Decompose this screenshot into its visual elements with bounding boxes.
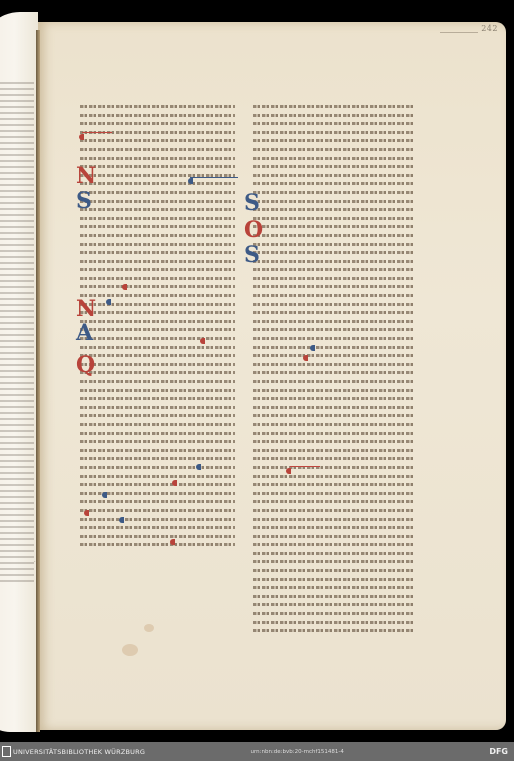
script-line (80, 282, 235, 291)
decorated-initial: O (244, 219, 263, 241)
script-line (253, 394, 413, 403)
decorated-initial: S (244, 244, 260, 266)
script-line (80, 119, 235, 128)
script-line (253, 300, 413, 309)
script-line (253, 197, 413, 206)
script-line (80, 437, 235, 446)
script-line (80, 300, 235, 309)
script-line (80, 515, 235, 524)
rubric-line (82, 132, 112, 133)
script-line (80, 523, 235, 532)
folio-page: 242 … NSNAQSOS (38, 22, 506, 730)
script-line (80, 188, 235, 197)
script-line (80, 214, 235, 223)
decorated-initial: A (76, 322, 93, 344)
script-line (253, 437, 413, 446)
script-line (253, 343, 413, 352)
facing-page-edge (0, 12, 38, 732)
script-line (80, 111, 235, 120)
script-line (253, 368, 413, 377)
decorated-initial: Q (76, 354, 95, 376)
script-line (80, 351, 235, 360)
script-line (253, 626, 413, 635)
paragraph-mark-red (122, 284, 127, 290)
script-line (253, 609, 413, 618)
script-line (253, 446, 413, 455)
script-line (80, 197, 235, 206)
script-line (80, 360, 235, 369)
script-line (80, 308, 235, 317)
script-line (253, 162, 413, 171)
script-line (253, 145, 413, 154)
script-line (80, 325, 235, 334)
script-line (253, 592, 413, 601)
script-line (253, 102, 413, 111)
script-line (80, 265, 235, 274)
script-line (253, 119, 413, 128)
script-line (253, 214, 413, 223)
script-line (253, 618, 413, 627)
script-line (253, 386, 413, 395)
script-line (253, 179, 413, 188)
paragraph-mark-red (200, 338, 205, 344)
stain (122, 644, 138, 656)
script-line (80, 368, 235, 377)
paragraph-mark-red (170, 539, 175, 545)
script-line (80, 248, 235, 257)
stain (144, 624, 154, 632)
script-line (253, 523, 413, 532)
script-line (80, 394, 235, 403)
rubric-line (290, 466, 320, 467)
script-line (80, 171, 235, 180)
script-line (253, 463, 413, 472)
paragraph-mark-red (303, 355, 308, 361)
script-line (80, 343, 235, 352)
library-logo-icon (2, 746, 11, 757)
script-line (253, 403, 413, 412)
decorated-initial: S (244, 192, 260, 214)
text-column-a (80, 102, 235, 549)
gutter-shadow (36, 30, 40, 732)
script-line (253, 205, 413, 214)
script-line (253, 222, 413, 231)
script-line (253, 308, 413, 317)
script-line (253, 257, 413, 266)
text-column-b (253, 102, 413, 635)
paragraph-mark-blue (310, 345, 315, 351)
paragraph-mark-blue (119, 517, 124, 523)
script-line (80, 532, 235, 541)
script-line (80, 497, 235, 506)
script-line (253, 549, 413, 558)
script-line (253, 240, 413, 249)
library-name: UNIVERSITÄTSBIBLIOTHEK WÜRZBURG (13, 748, 145, 756)
script-line (80, 472, 235, 481)
script-line (253, 540, 413, 549)
script-line (253, 420, 413, 429)
paragraph-mark-red (84, 510, 89, 516)
script-line (80, 205, 235, 214)
script-line (253, 265, 413, 274)
script-line (80, 136, 235, 145)
paragraph-mark-blue (188, 178, 193, 184)
script-line (253, 472, 413, 481)
script-line (80, 429, 235, 438)
script-line (253, 317, 413, 326)
script-line (253, 454, 413, 463)
script-line (80, 540, 235, 549)
script-line (253, 557, 413, 566)
script-line (253, 480, 413, 489)
folio-number: 242 (481, 24, 498, 33)
paragraph-mark-blue (196, 464, 201, 470)
script-line (80, 506, 235, 515)
decorated-initial: S (76, 190, 92, 212)
script-line (253, 506, 413, 515)
script-line (80, 274, 235, 283)
facing-page-text (0, 82, 34, 582)
script-line (80, 179, 235, 188)
script-line (80, 162, 235, 171)
script-line (253, 325, 413, 334)
script-line (80, 240, 235, 249)
script-line (80, 480, 235, 489)
script-line (253, 171, 413, 180)
paragraph-mark-red (286, 468, 291, 474)
library-credit[interactable]: UNIVERSITÄTSBIBLIOTHEK WÜRZBURG (0, 746, 145, 757)
script-line (253, 248, 413, 257)
paragraph-mark-red (172, 480, 177, 486)
script-line (80, 231, 235, 240)
script-line (253, 291, 413, 300)
footer-bar: UNIVERSITÄTSBIBLIOTHEK WÜRZBURG urn:nbn:… (0, 742, 514, 761)
script-line (253, 497, 413, 506)
script-line (80, 463, 235, 472)
script-line (253, 600, 413, 609)
script-line (253, 489, 413, 498)
dfg-logo[interactable]: DFG (489, 747, 514, 756)
script-line (80, 454, 235, 463)
manuscript-viewer: 242 … NSNAQSOS (0, 0, 514, 742)
paragraph-mark-blue (106, 299, 111, 305)
script-line (80, 446, 235, 455)
script-line (253, 274, 413, 283)
script-line (253, 360, 413, 369)
script-line (80, 334, 235, 343)
script-line (253, 351, 413, 360)
decorated-initial: N (76, 298, 96, 320)
script-line (253, 188, 413, 197)
script-line (253, 136, 413, 145)
script-line (80, 411, 235, 420)
script-line (80, 102, 235, 111)
script-line (253, 282, 413, 291)
rubric-line (190, 177, 238, 178)
script-line (253, 411, 413, 420)
paragraph-mark-red (79, 134, 84, 140)
decorated-initial: N (76, 165, 96, 187)
script-line (253, 111, 413, 120)
script-line (80, 257, 235, 266)
script-line (80, 222, 235, 231)
pencil-shelfmark (440, 28, 478, 33)
script-line (80, 403, 235, 412)
script-line (253, 334, 413, 343)
script-line (253, 583, 413, 592)
script-line (253, 566, 413, 575)
script-line (253, 377, 413, 386)
script-line (253, 429, 413, 438)
script-line (253, 575, 413, 584)
script-line (80, 291, 235, 300)
script-line (80, 154, 235, 163)
script-line (80, 420, 235, 429)
script-line (253, 532, 413, 541)
script-line (253, 128, 413, 137)
script-line (80, 317, 235, 326)
urn-identifier[interactable]: urn:nbn:de:bvb:20-mchf151481-4 (251, 749, 344, 755)
script-line (80, 377, 235, 386)
script-line (253, 515, 413, 524)
script-line (253, 231, 413, 240)
paragraph-mark-blue (102, 492, 107, 498)
script-line (253, 154, 413, 163)
script-line (80, 145, 235, 154)
script-line (80, 386, 235, 395)
